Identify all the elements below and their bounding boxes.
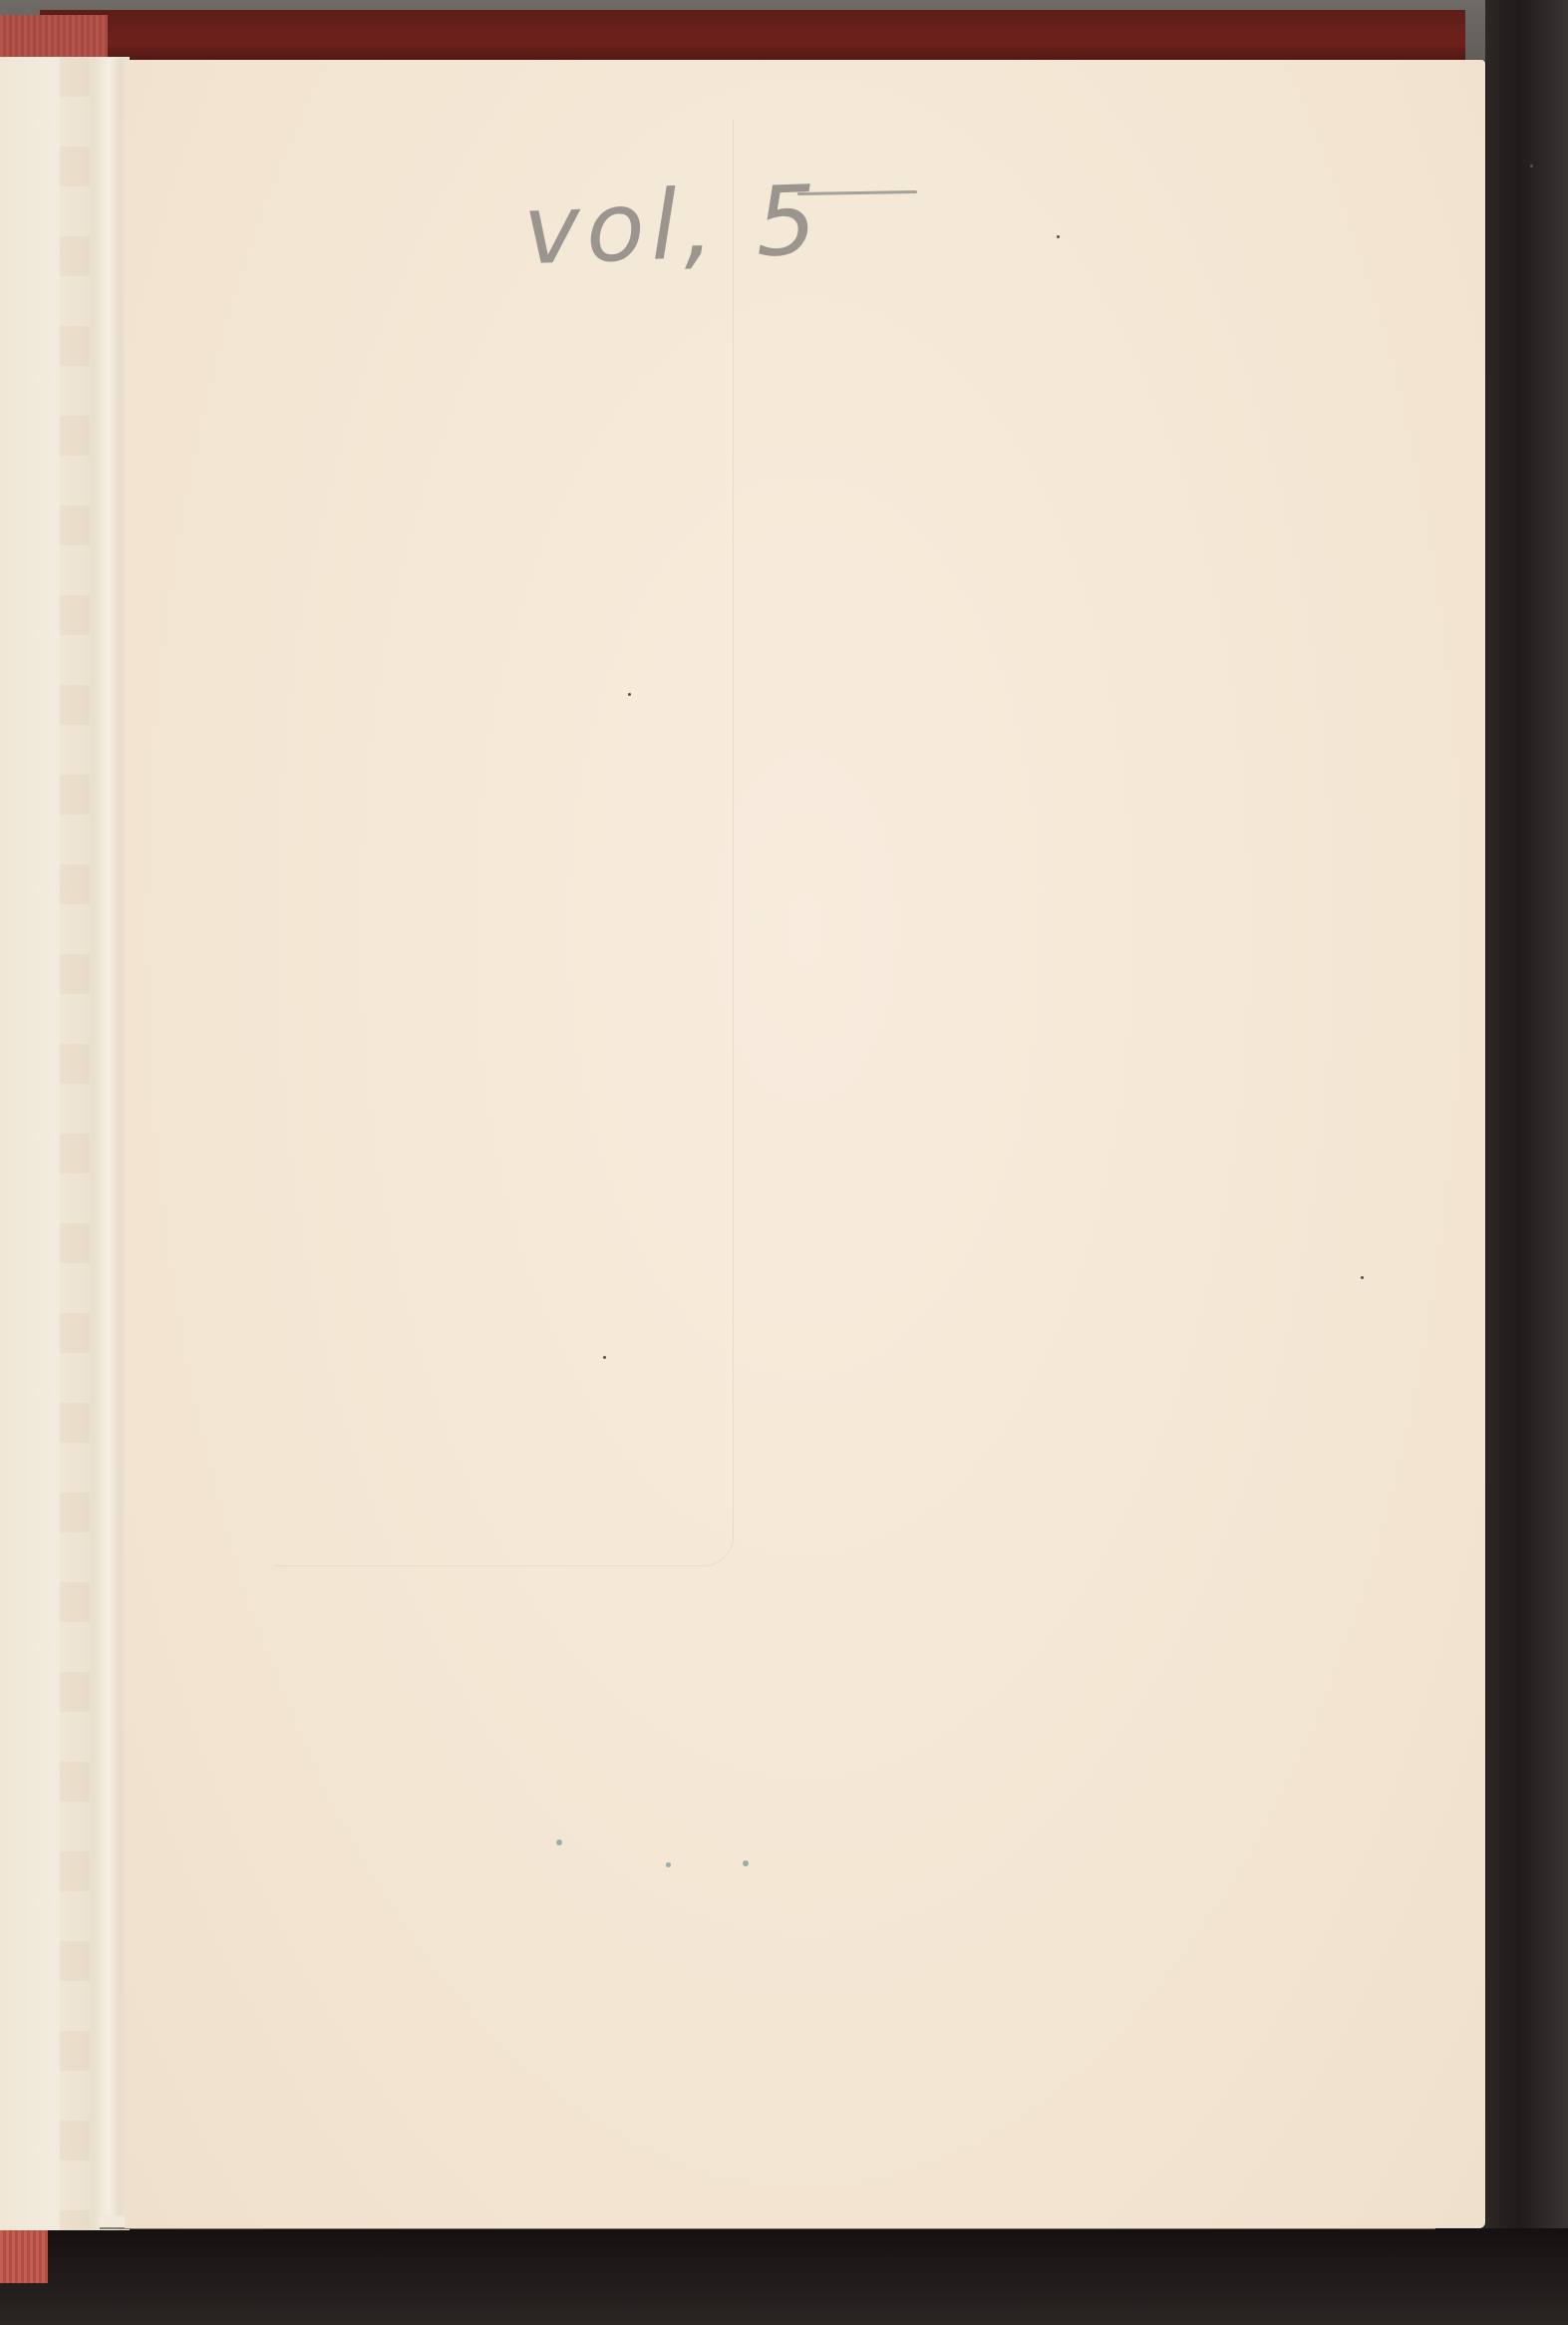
pastedown-leaf xyxy=(0,57,110,2230)
paper-speck xyxy=(1361,1276,1364,1279)
cloth-spine-bottom xyxy=(0,2223,48,2283)
paper-speck xyxy=(1057,235,1060,238)
book-cover-top-edge xyxy=(40,10,1465,65)
paper-speck xyxy=(603,1356,606,1359)
endpaper-page xyxy=(125,60,1485,2228)
ink-speck xyxy=(743,1860,749,1866)
scan-background-bottom xyxy=(0,2228,1568,2325)
paper-speck xyxy=(1530,165,1533,167)
plate-impression xyxy=(274,120,734,1566)
scan-background-right xyxy=(1485,0,1568,2325)
ink-speck xyxy=(666,1862,671,1867)
pencil-note: vol, 5 xyxy=(521,165,824,286)
paper-speck xyxy=(628,693,631,696)
ink-speck xyxy=(556,1839,562,1845)
cloth-spine-top xyxy=(0,15,108,60)
pastedown-foxing xyxy=(60,57,90,2230)
